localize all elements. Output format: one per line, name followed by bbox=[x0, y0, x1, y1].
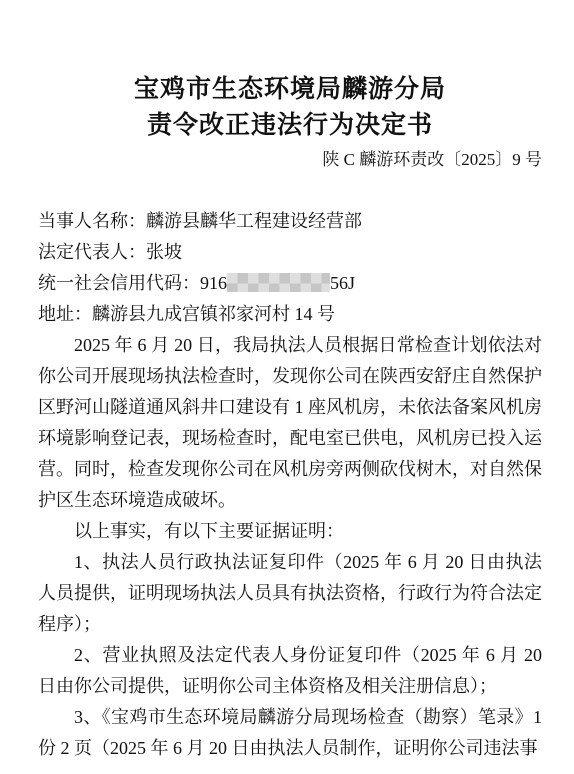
evidence-item-2: 2、营业执照及法定代表人身份证复印件（2025 年 6 月 20 日由你公司提供… bbox=[38, 640, 542, 702]
legal-rep-line: 法定代表人：张坡 bbox=[38, 237, 542, 268]
credit-code-redaction-mosaic bbox=[227, 273, 330, 292]
facts-paragraph: 2025 年 6 月 20 日，我局执法人员根据日常检查计划依法对你公司开展现场… bbox=[38, 330, 542, 516]
document-body: 2025 年 6 月 20 日，我局执法人员根据日常检查计划依法对你公司开展现场… bbox=[38, 330, 542, 764]
legal-rep-value: 张坡 bbox=[146, 242, 182, 262]
credit-code-line: 统一社会信用代码：91656J bbox=[38, 268, 542, 299]
address-value: 麟游县九成宫镇祁家河村 14 号 bbox=[92, 304, 335, 324]
party-name-value: 麟游县麟华工程建设经营部 bbox=[146, 211, 362, 231]
document-title: 宝鸡市生态环境局麟游分局 责令改正违法行为决定书 bbox=[38, 72, 542, 144]
address-line: 地址：麟游县九成宫镇祁家河村 14 号 bbox=[38, 299, 542, 330]
party-info-block: 当事人名称：麟游县麟华工程建设经营部 法定代表人：张坡 统一社会信用代码：916… bbox=[38, 206, 542, 330]
legal-rep-label: 法定代表人： bbox=[38, 242, 146, 262]
party-name-line: 当事人名称：麟游县麟华工程建设经营部 bbox=[38, 206, 542, 237]
credit-code-prefix: 916 bbox=[200, 273, 227, 293]
credit-code-suffix: 56J bbox=[330, 273, 355, 293]
credit-code-label: 统一社会信用代码： bbox=[38, 273, 200, 293]
evidence-intro: 以上事实，有以下主要证据证明： bbox=[38, 516, 542, 547]
evidence-item-3: 3、《宝鸡市生态环境局麟游分局现场检查（勘察）笔录》1 份 2 页（2025 年… bbox=[38, 702, 542, 764]
evidence-item-1: 1、执法人员行政执法证复印件（2025 年 6 月 20 日由执法人员提供，证明… bbox=[38, 547, 542, 640]
document-number: 陕 C 麟游环责改〔2025〕9 号 bbox=[38, 148, 542, 172]
title-line-1: 宝鸡市生态环境局麟游分局 bbox=[38, 72, 542, 108]
address-label: 地址： bbox=[38, 304, 92, 324]
document-page: 宝鸡市生态环境局麟游分局 责令改正违法行为决定书 陕 C 麟游环责改〔2025〕… bbox=[0, 0, 574, 774]
party-name-label: 当事人名称： bbox=[38, 211, 146, 231]
title-line-2: 责令改正违法行为决定书 bbox=[38, 108, 542, 144]
